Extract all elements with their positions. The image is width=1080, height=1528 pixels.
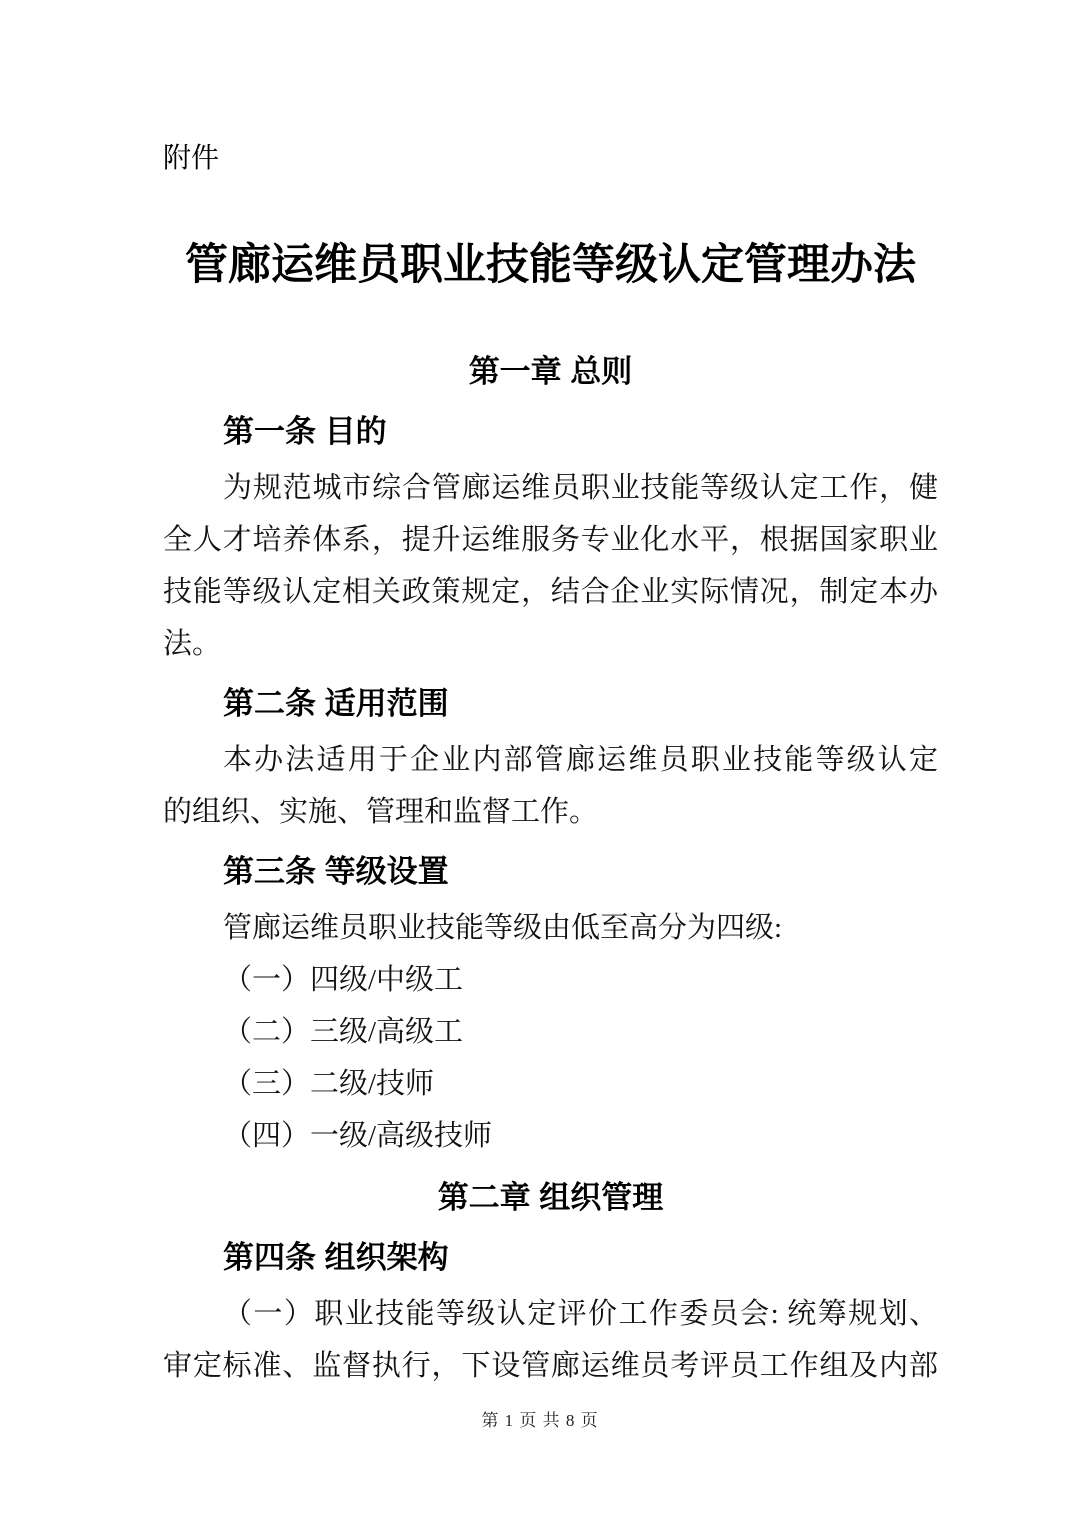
section-heading: 第二条 适用范围 [163, 678, 938, 730]
chapter-heading: 第一章 总则 [163, 346, 938, 398]
body-text-line: （二）三级/高级工 [163, 1006, 938, 1058]
body-text-line: 审定标准、监督执行，下设管廊运维员考评员工作组及内部 [163, 1340, 938, 1392]
document-body: 第一章 总则第一条 目的为规范城市综合管廊运维员职业技能等级认定工作，健全人才培… [163, 346, 938, 1392]
body-text-line: 为规范城市综合管廊运维员职业技能等级认定工作，健 [163, 462, 938, 514]
body-text-line: 法。 [163, 618, 938, 670]
page-content: 附件 管廊运维员职业技能等级认定管理办法 第一章 总则第一条 目的为规范城市综合… [163, 136, 938, 1392]
section-heading: 第四条 组织架构 [163, 1232, 938, 1284]
chapter-heading: 第二章 组织管理 [163, 1172, 938, 1224]
body-text-line: （三）二级/技师 [163, 1058, 938, 1110]
page-number-footer: 第 1 页 共 8 页 [0, 1406, 1080, 1436]
body-text-line: （四）一级/高级技师 [163, 1110, 938, 1162]
body-text-line: （一）职业技能等级认定评价工作委员会: 统筹规划、 [163, 1288, 938, 1340]
section-heading: 第一条 目的 [163, 406, 938, 458]
body-text-line: （一）四级/中级工 [163, 954, 938, 1006]
document-title: 管廊运维员职业技能等级认定管理办法 [163, 236, 938, 296]
body-text-line: 本办法适用于企业内部管廊运维员职业技能等级认定 [163, 734, 938, 786]
body-text-line: 管廊运维员职业技能等级由低至高分为四级: [163, 902, 938, 954]
attachment-label: 附件 [163, 136, 938, 180]
body-text-line: 全人才培养体系，提升运维服务专业化水平，根据国家职业 [163, 514, 938, 566]
body-text-line: 的组织、实施、管理和监督工作。 [163, 786, 938, 838]
section-heading: 第三条 等级设置 [163, 846, 938, 898]
body-text-line: 技能等级认定相关政策规定，结合企业实际情况，制定本办 [163, 566, 938, 618]
document-page: 附件 管廊运维员职业技能等级认定管理办法 第一章 总则第一条 目的为规范城市综合… [0, 0, 1080, 1528]
